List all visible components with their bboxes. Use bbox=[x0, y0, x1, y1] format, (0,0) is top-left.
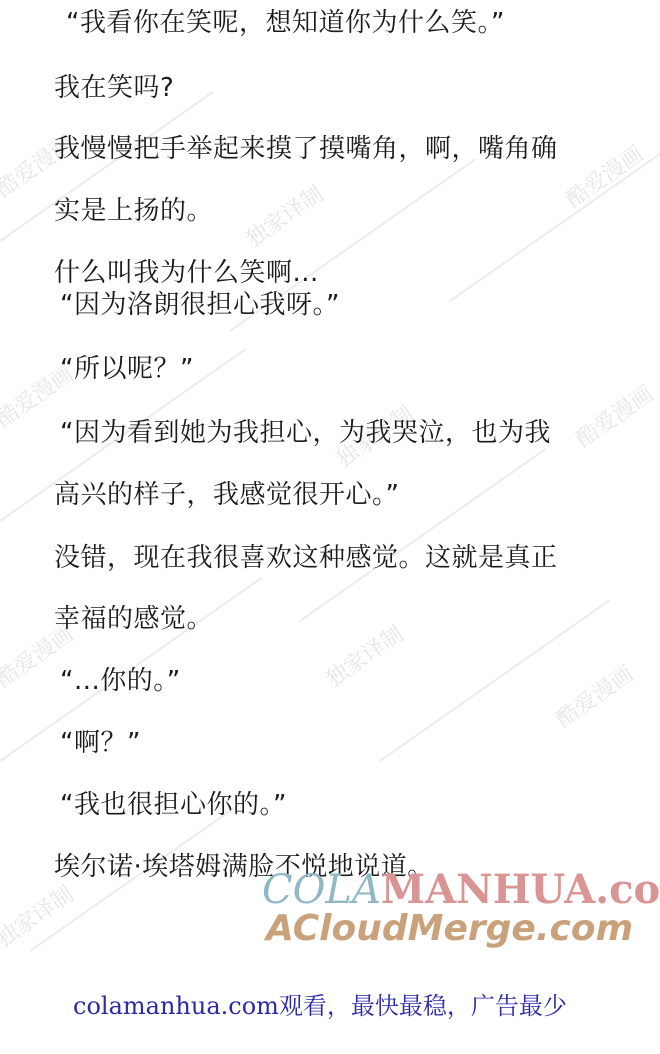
text-line: “我也很担心你的。” bbox=[60, 784, 287, 821]
acloudmerge-logo: ACloudMerge.com bbox=[266, 908, 633, 949]
footer-promo-text: colamanhua.com观看，最快最稳，广告最少 bbox=[73, 986, 567, 1021]
text-line: 我慢慢把手举起来摸了摸嘴角，啊，嘴角确 bbox=[54, 128, 558, 165]
text-line: 我在笑吗? bbox=[54, 67, 174, 104]
text-line: “...你的。” bbox=[60, 660, 181, 697]
text-line: 高兴的样子，我感觉很开心。” bbox=[54, 474, 399, 511]
text-line: 幸福的感觉。 bbox=[54, 598, 213, 635]
watermark-stroke bbox=[379, 600, 610, 762]
text-line: “我看你在笑呢，想知道你为什么笑。” bbox=[66, 2, 505, 39]
watermark-text: 独家译制 bbox=[239, 178, 329, 254]
logo-part-cola: COLA bbox=[262, 867, 381, 913]
text-line: “所以呢？” bbox=[60, 348, 194, 385]
logo-part-manhua: MANHUA.com bbox=[381, 866, 660, 913]
watermark-text: 酷爱漫画 bbox=[559, 138, 649, 214]
watermark-text: 独家译制 bbox=[319, 618, 409, 694]
text-line: “啊？” bbox=[60, 722, 141, 759]
text-line: 实是上扬的。 bbox=[54, 190, 213, 227]
watermark-stroke bbox=[449, 151, 660, 302]
text-line: “因为洛朗很担心我呀。” bbox=[60, 284, 340, 321]
watermark-text: 酷爱漫画 bbox=[569, 378, 659, 454]
watermark-text: 酷爱漫画 bbox=[549, 658, 639, 734]
colamanhua-logo: COLAMANHUA.com bbox=[262, 866, 660, 913]
text-line: 没错，现在我很喜欢这种感觉。这就是真正 bbox=[54, 537, 558, 574]
text-line: “因为看到她为我担心，为我哭泣，也为我 bbox=[60, 412, 551, 449]
